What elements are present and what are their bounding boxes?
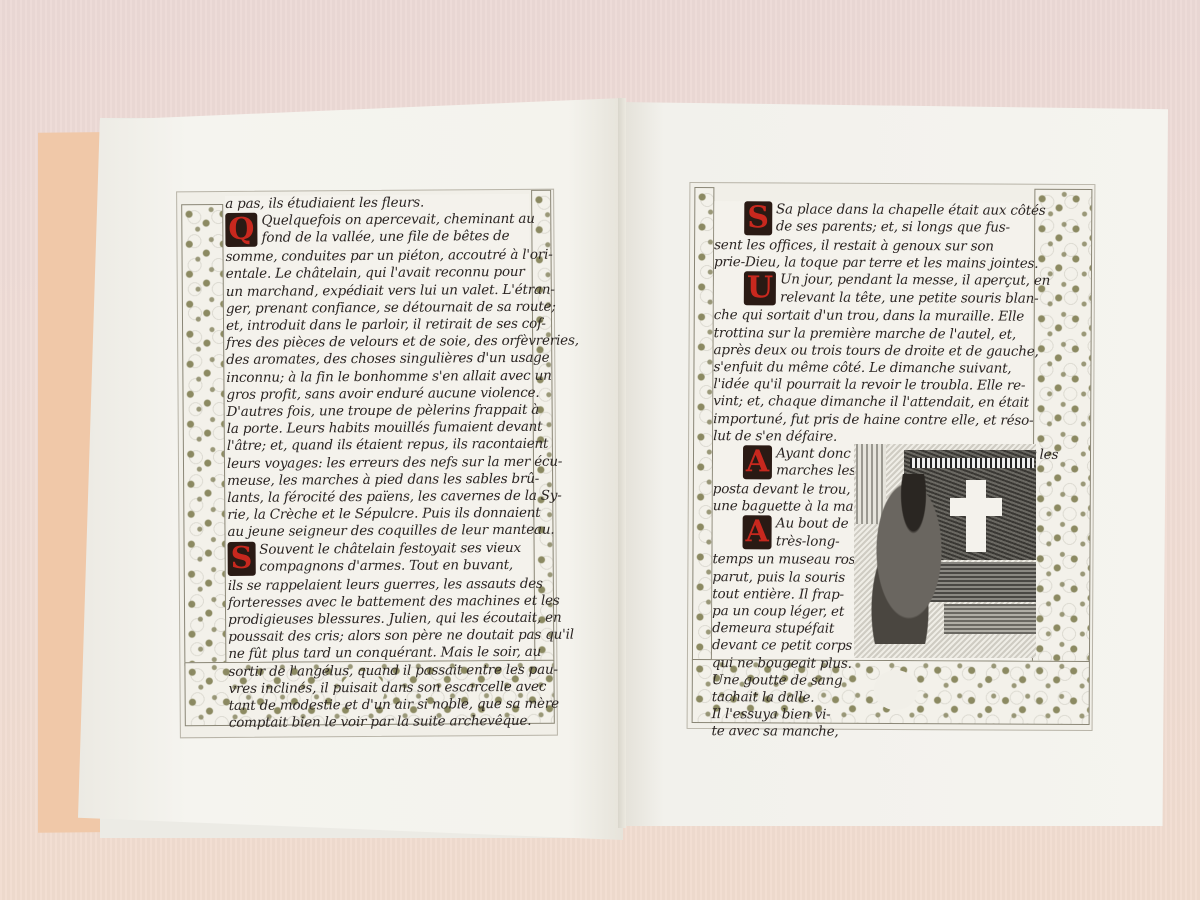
text-line: Quelquefois on apercevait, cheminant au [225,211,529,230]
text-line: fond de la vallée, une file de bêtes de [225,228,529,247]
text-line: comptait bien le voir par la suite arche… [229,713,533,732]
text-line: vres inclinés, il puisait dans son escar… [229,679,533,698]
text-line: vint; et, chaque dimanche il l'attendait… [713,393,1031,412]
text-line: Une goutte de sang [712,672,1030,691]
text-line: au jeune seigneur des coquilles de leur … [227,522,531,541]
text-line: importuné, fut pris de haine contre elle… [713,411,1031,430]
text-line: prodigieuses blessures. Julien, qui les … [228,610,532,629]
text-line: un marchand, expédiait vers lui un valet… [226,281,530,300]
text-line: meuse, les marches à pied dans les sable… [227,471,531,490]
text-line: inconnu; à la fin le bonhomme s'en allai… [226,367,530,386]
text-line: Souvent le châtelain festoyait ses vieux [228,540,532,559]
altar-lower-step [944,604,1036,634]
text-line: ger, prenant confiance, se détournait de… [226,299,530,318]
right-floral-border [1032,189,1092,663]
altar-fringe [910,458,1034,468]
text-line: sortir de l'angélus, quand il passait en… [228,662,532,681]
text-line: tant de modestie et d'un air si noble, q… [229,696,533,715]
illuminated-initial-s: S [744,201,772,235]
text-line: trottina sur la première marche de l'aut… [714,325,1032,344]
text-line: forteresses avec le battement des machin… [228,593,532,612]
text-line: te avec sa manche, [712,724,1030,743]
text-line: compagnons d'armes. Tout en buvant, [228,557,532,576]
left-floral-border [181,204,226,666]
text-line: la porte. Leurs habits mouillés fumaient… [227,419,531,438]
left-page-plate: a pas, ils étudiaient les fleurs. Q Quel… [176,189,558,739]
illuminated-initial-s: S [228,541,256,575]
text-line: prie-Dieu, la toque par terre et les mai… [714,254,1032,273]
text-line: poussait des cris; alors son père ne dou… [228,627,532,646]
text-line: rie, la Crèche et le Sépulcre. Puis ils … [227,505,531,524]
text-line: et, introduit dans le parloir, il retira… [226,316,530,335]
left-floral-border [692,187,714,661]
cross-icon-bar [950,498,1002,516]
engraving-kneeling-youth [854,444,1036,658]
text-line: fres des pièces de velours et de soie, d… [226,333,530,352]
text-line: s'enfuit du même côté. Le dimanche suiva… [713,359,1031,378]
text-line: tachait la dalle. [712,689,1030,708]
book-gutter [618,98,626,828]
text-line: des aromates, des choses singulières d'u… [226,350,530,369]
text-line: a pas, ils étudiaient les fleurs. [225,194,529,213]
illuminated-initial-a: A [743,445,772,479]
illuminated-initial-q: Q [225,213,257,247]
text-line: leurs voyages: les erreurs des nefs sur … [227,453,531,472]
text-line: l'idée qu'il pourrait la revoir le troub… [713,376,1031,395]
text-line: ils se rappelaient leurs guerres, les as… [228,576,532,595]
text-line: che qui sortait d'un trou, dans la murai… [714,307,1032,326]
text-line: gros profit, sans avoir enduré aucune vi… [226,385,530,404]
text-line: Il l'essuya bien vi- [712,706,1030,725]
text-line: l'âtre; et, quand ils étaient repus, ils… [227,436,531,455]
illuminated-initial-a: A [743,516,772,550]
left-text-block: a pas, ils étudiaient les fleurs. Q Quel… [225,194,532,662]
illuminated-initial-u: U [744,272,776,306]
text-line: somme, conduites par un piéton, accoutré… [226,247,530,266]
kneeling-figure [864,474,954,644]
text-line: D'autres fois, une troupe de pèlerins fr… [227,402,531,421]
text-line: ne fût plus tard un conquérant. Mais le … [228,644,532,663]
text-line: entale. Le châtelain, qui l'avait reconn… [226,264,530,283]
text-line: lants, la férocité des païens, les caver… [227,488,531,507]
text-line: sent les offices, il restait à genoux su… [714,237,1032,256]
text-line: après deux ou trois tours de droite et d… [714,342,1032,361]
cross-icon [966,480,986,552]
